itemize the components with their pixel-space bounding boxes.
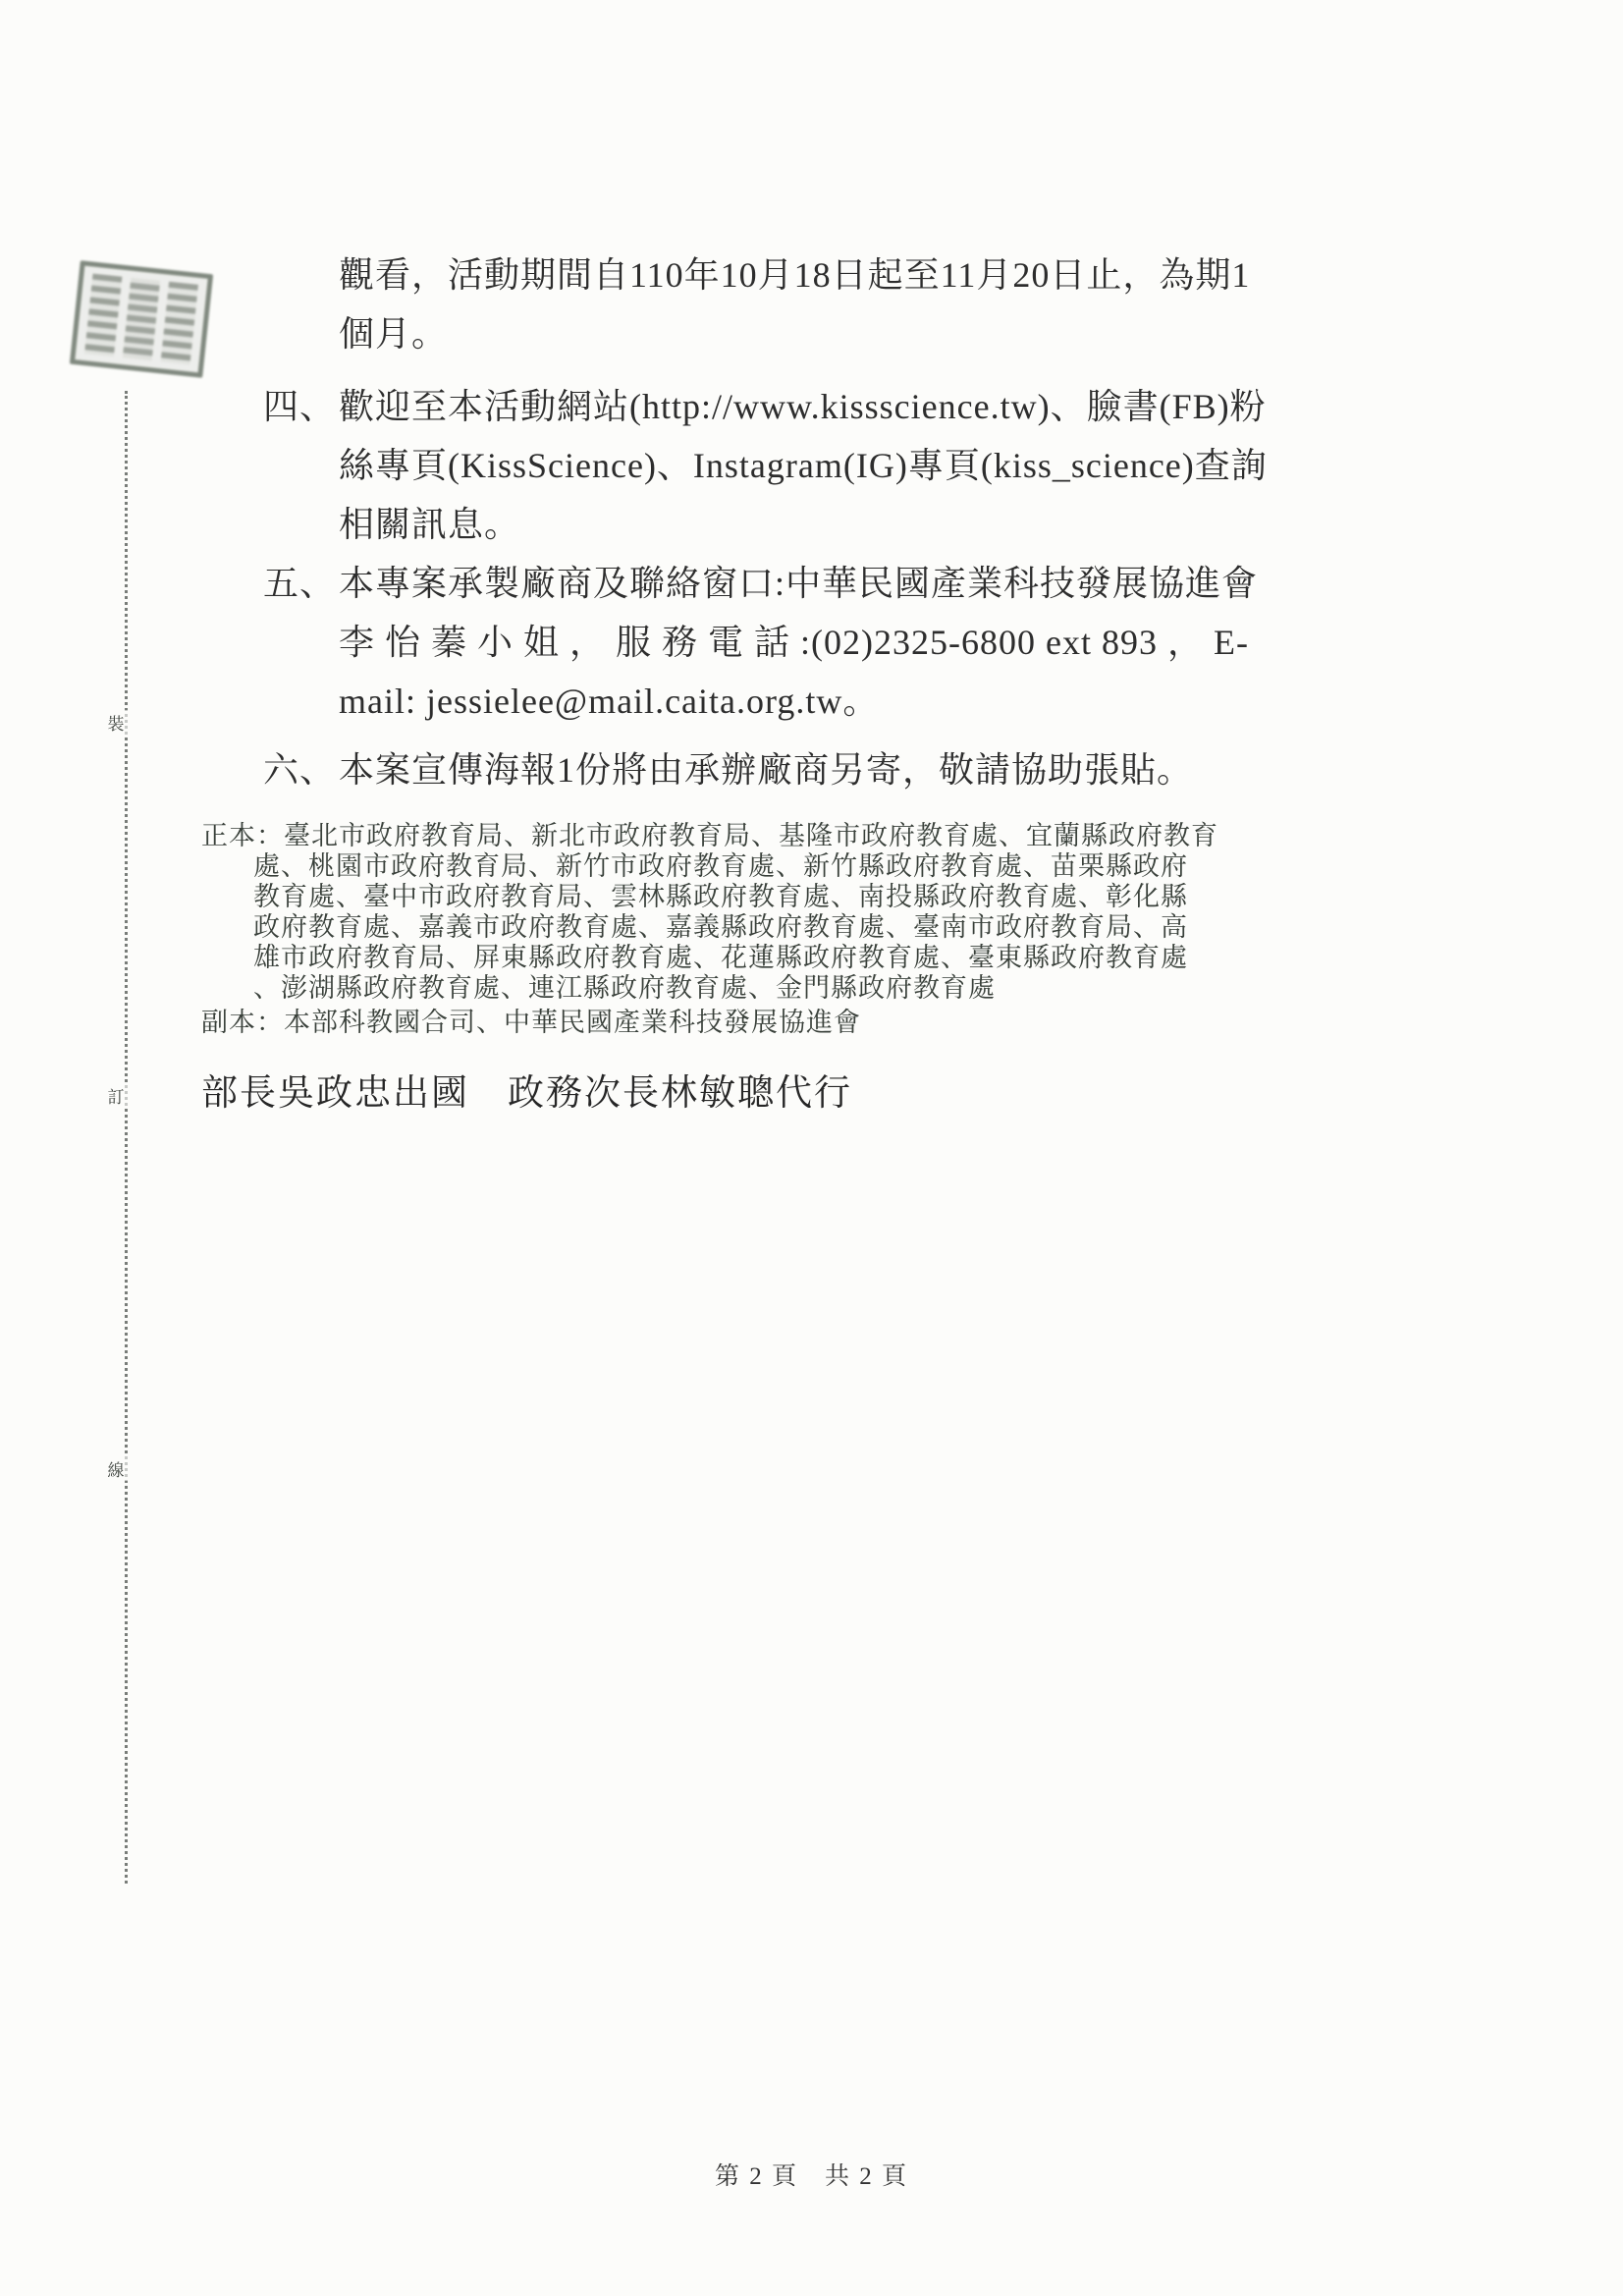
binding-mark-xian: 線 (102, 1456, 130, 1481)
item-number: 五、 (263, 554, 336, 613)
primary-recipients-line: 正本：臺北市政府教育局、新北市政府教育局、基隆市政府教育處、宜蘭縣政府教育 (201, 821, 1262, 851)
seal-glyph-column (161, 282, 198, 365)
item-five: 五、 本專案承製廠商及聯絡窗口:中華民國產業科技發展協進會 李 怡 蓁 小 姐 … (263, 554, 1402, 731)
recipients-text: 本部科教國合司、中華民國產業科技發展協進會 (284, 1008, 861, 1037)
body-text-line: 個月。 (339, 304, 1402, 363)
scanned-document-page: 裝 訂 線 觀看，活動期間自110年10月18日起至11月20日止，為期1 個月… (0, 0, 1623, 2296)
body-text-line: 絲專頁(KissScience)、Instagram(IG)專頁(kiss_sc… (339, 436, 1402, 495)
minister-signature-line: 部長吳政忠出國 政務次長林敏聰代行 (201, 1063, 852, 1116)
body-text-line: 李 怡 蓁 小 姐 ， 服 務 電 話 :(02)2325-6800 ext 8… (339, 613, 1402, 672)
primary-recipients-line: 教育處、臺中市政府教育局、雲林縣政府教育處、南投縣政府教育處、彰化縣 (201, 882, 1262, 912)
binding-mark-zhuang: 裝 (102, 710, 130, 735)
seal-stamp-texture (75, 266, 207, 373)
primary-recipients-line: 雄市政府教育局、屏東縣政府教育處、花蓮縣政府教育處、臺東縣政府教育處 (201, 943, 1262, 973)
body-text-line: 歡迎至本活動網站(http://www.kissscience.tw)、臉書(F… (339, 377, 1402, 436)
binding-dotted-line (125, 391, 128, 1884)
paragraph-continuation: 觀看，活動期間自110年10月18日起至11月20日止，為期1 個月。 (263, 246, 1402, 363)
seal-glyph-column (123, 278, 160, 361)
recipients-block: 正本：臺北市政府教育局、新北市政府教育局、基隆市政府教育處、宜蘭縣政府教育 處、… (201, 821, 1262, 1038)
copy-recipients-line: 副本：本部科教國合司、中華民國產業科技發展協進會 (201, 1008, 1262, 1038)
item-four: 四、 歡迎至本活動網站(http://www.kissscience.tw)、臉… (263, 377, 1402, 554)
body-text-line: 本案宣傳海報1份將由承辦廠商另寄，敬請協助張貼。 (339, 740, 1402, 799)
primary-recipients-line: 政府教育處、嘉義市政府教育處、嘉義縣政府教育處、臺南市政府教育局、高 (201, 912, 1262, 943)
body-text-line: 本專案承製廠商及聯絡窗口:中華民國產業科技發展協進會 (339, 554, 1402, 613)
binding-mark-ding: 訂 (102, 1083, 130, 1108)
body-text-line: mail: jessielee@mail.caita.org.tw。 (339, 672, 1402, 731)
document-body: 觀看，活動期間自110年10月18日起至11月20日止，為期1 個月。 四、 歡… (263, 246, 1402, 799)
recipients-text: 臺北市政府教育局、新北市政府教育局、基隆市政府教育處、宜蘭縣政府教育 (284, 821, 1218, 850)
seal-stamp (70, 260, 213, 378)
primary-recipients-line: 處、桃園市政府教育局、新竹市政府教育處、新竹縣政府教育處、苗栗縣政府 (201, 851, 1262, 882)
page-number-footer: 第 2 頁 共 2 頁 (0, 2157, 1623, 2192)
primary-recipients-label: 正本： (201, 821, 284, 850)
primary-recipients-line: 、澎湖縣政府教育處、連江縣政府教育處、金門縣政府教育處 (201, 973, 1262, 1004)
seal-glyph-column (84, 274, 122, 357)
item-number: 四、 (263, 377, 336, 436)
item-six: 六、 本案宣傳海報1份將由承辦廠商另寄，敬請協助張貼。 (263, 740, 1402, 799)
body-text-line: 相關訊息。 (339, 495, 1402, 554)
copy-recipients-label: 副本： (201, 1008, 284, 1037)
item-number: 六、 (263, 740, 336, 799)
body-text-line: 觀看，活動期間自110年10月18日起至11月20日止，為期1 (339, 246, 1402, 304)
